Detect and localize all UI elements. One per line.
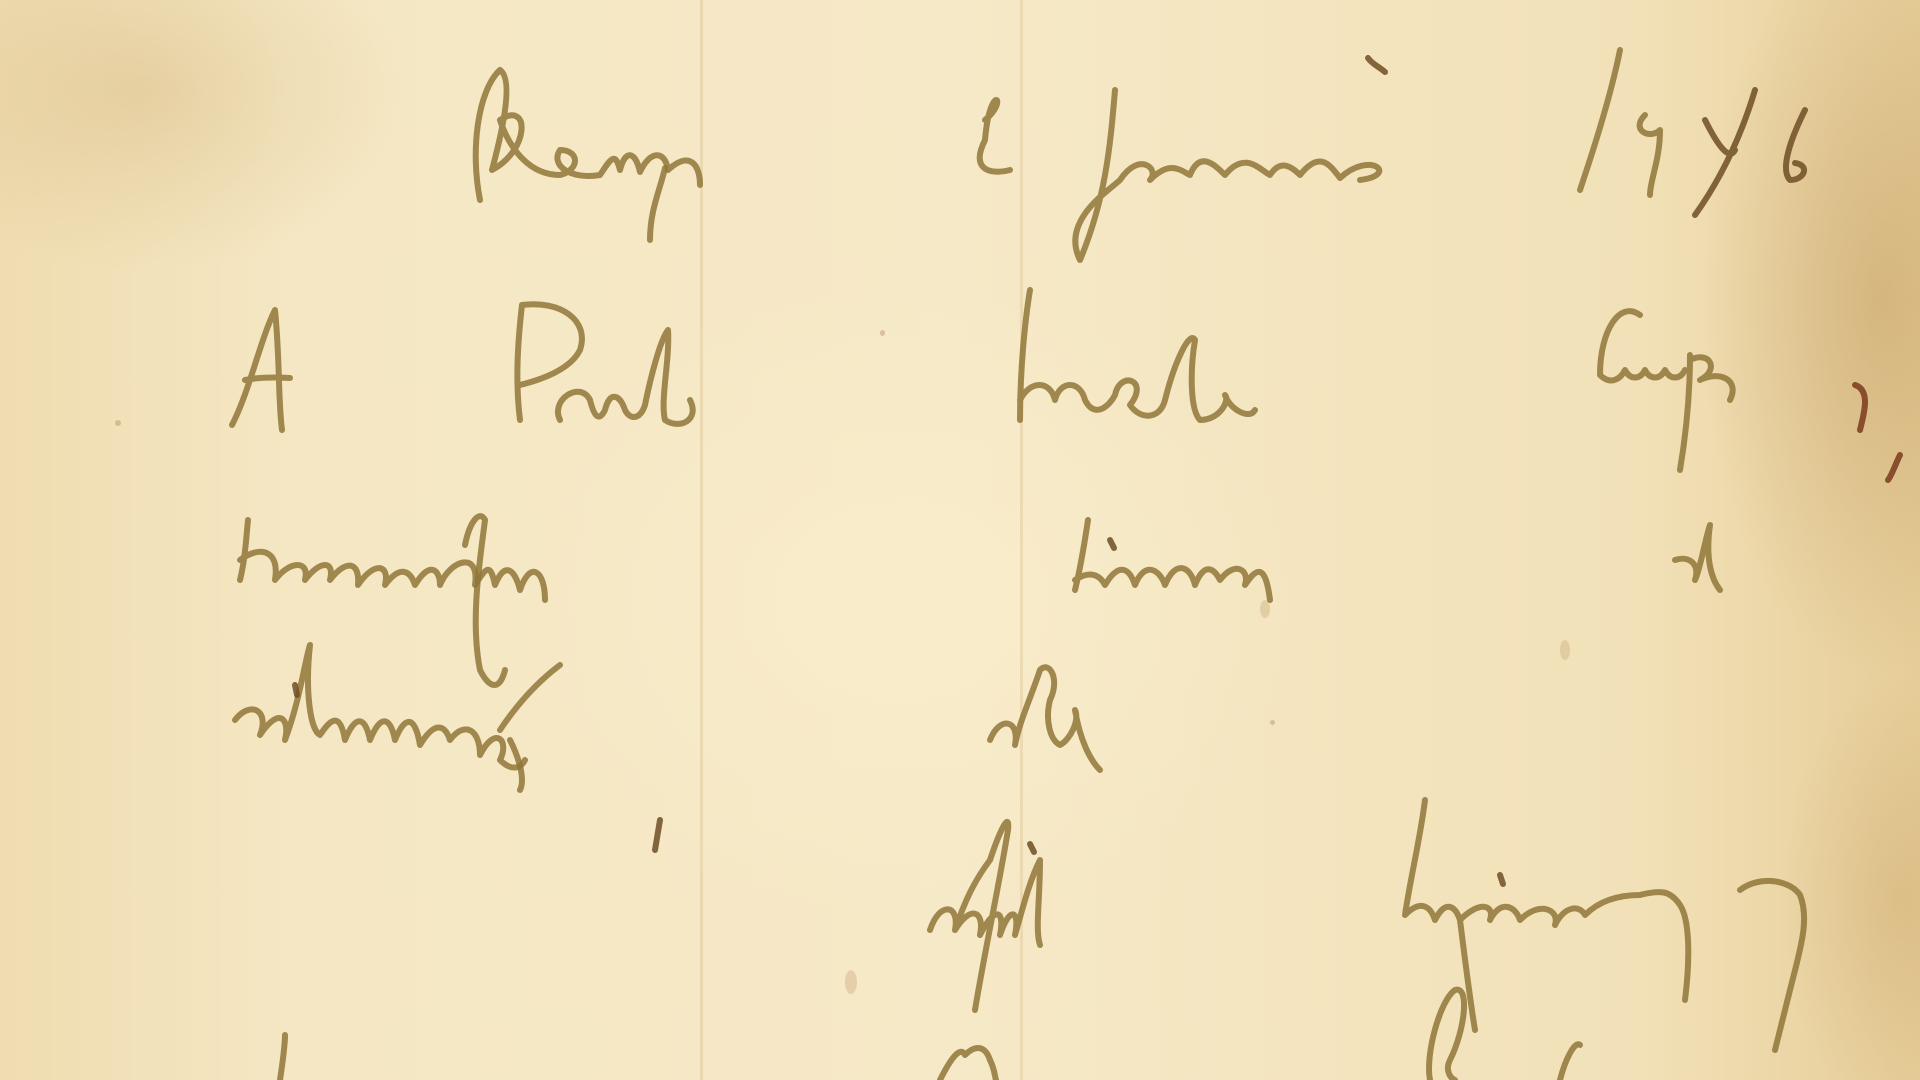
signature: Murilo Mendes <box>920 850 1846 960</box>
recipient-line: A Paulo Mendes Campos, <box>230 320 1776 430</box>
paper-stain <box>1560 640 1570 660</box>
body-line-2: admiração de <box>230 670 922 760</box>
date-line: Roma, 2 janeiro 1946 <box>475 120 1793 230</box>
body-line-1: homenagem sincera e <box>235 520 1351 610</box>
paper-stain <box>845 970 857 994</box>
paper-speck <box>115 420 121 426</box>
paper-speck <box>1270 720 1275 725</box>
